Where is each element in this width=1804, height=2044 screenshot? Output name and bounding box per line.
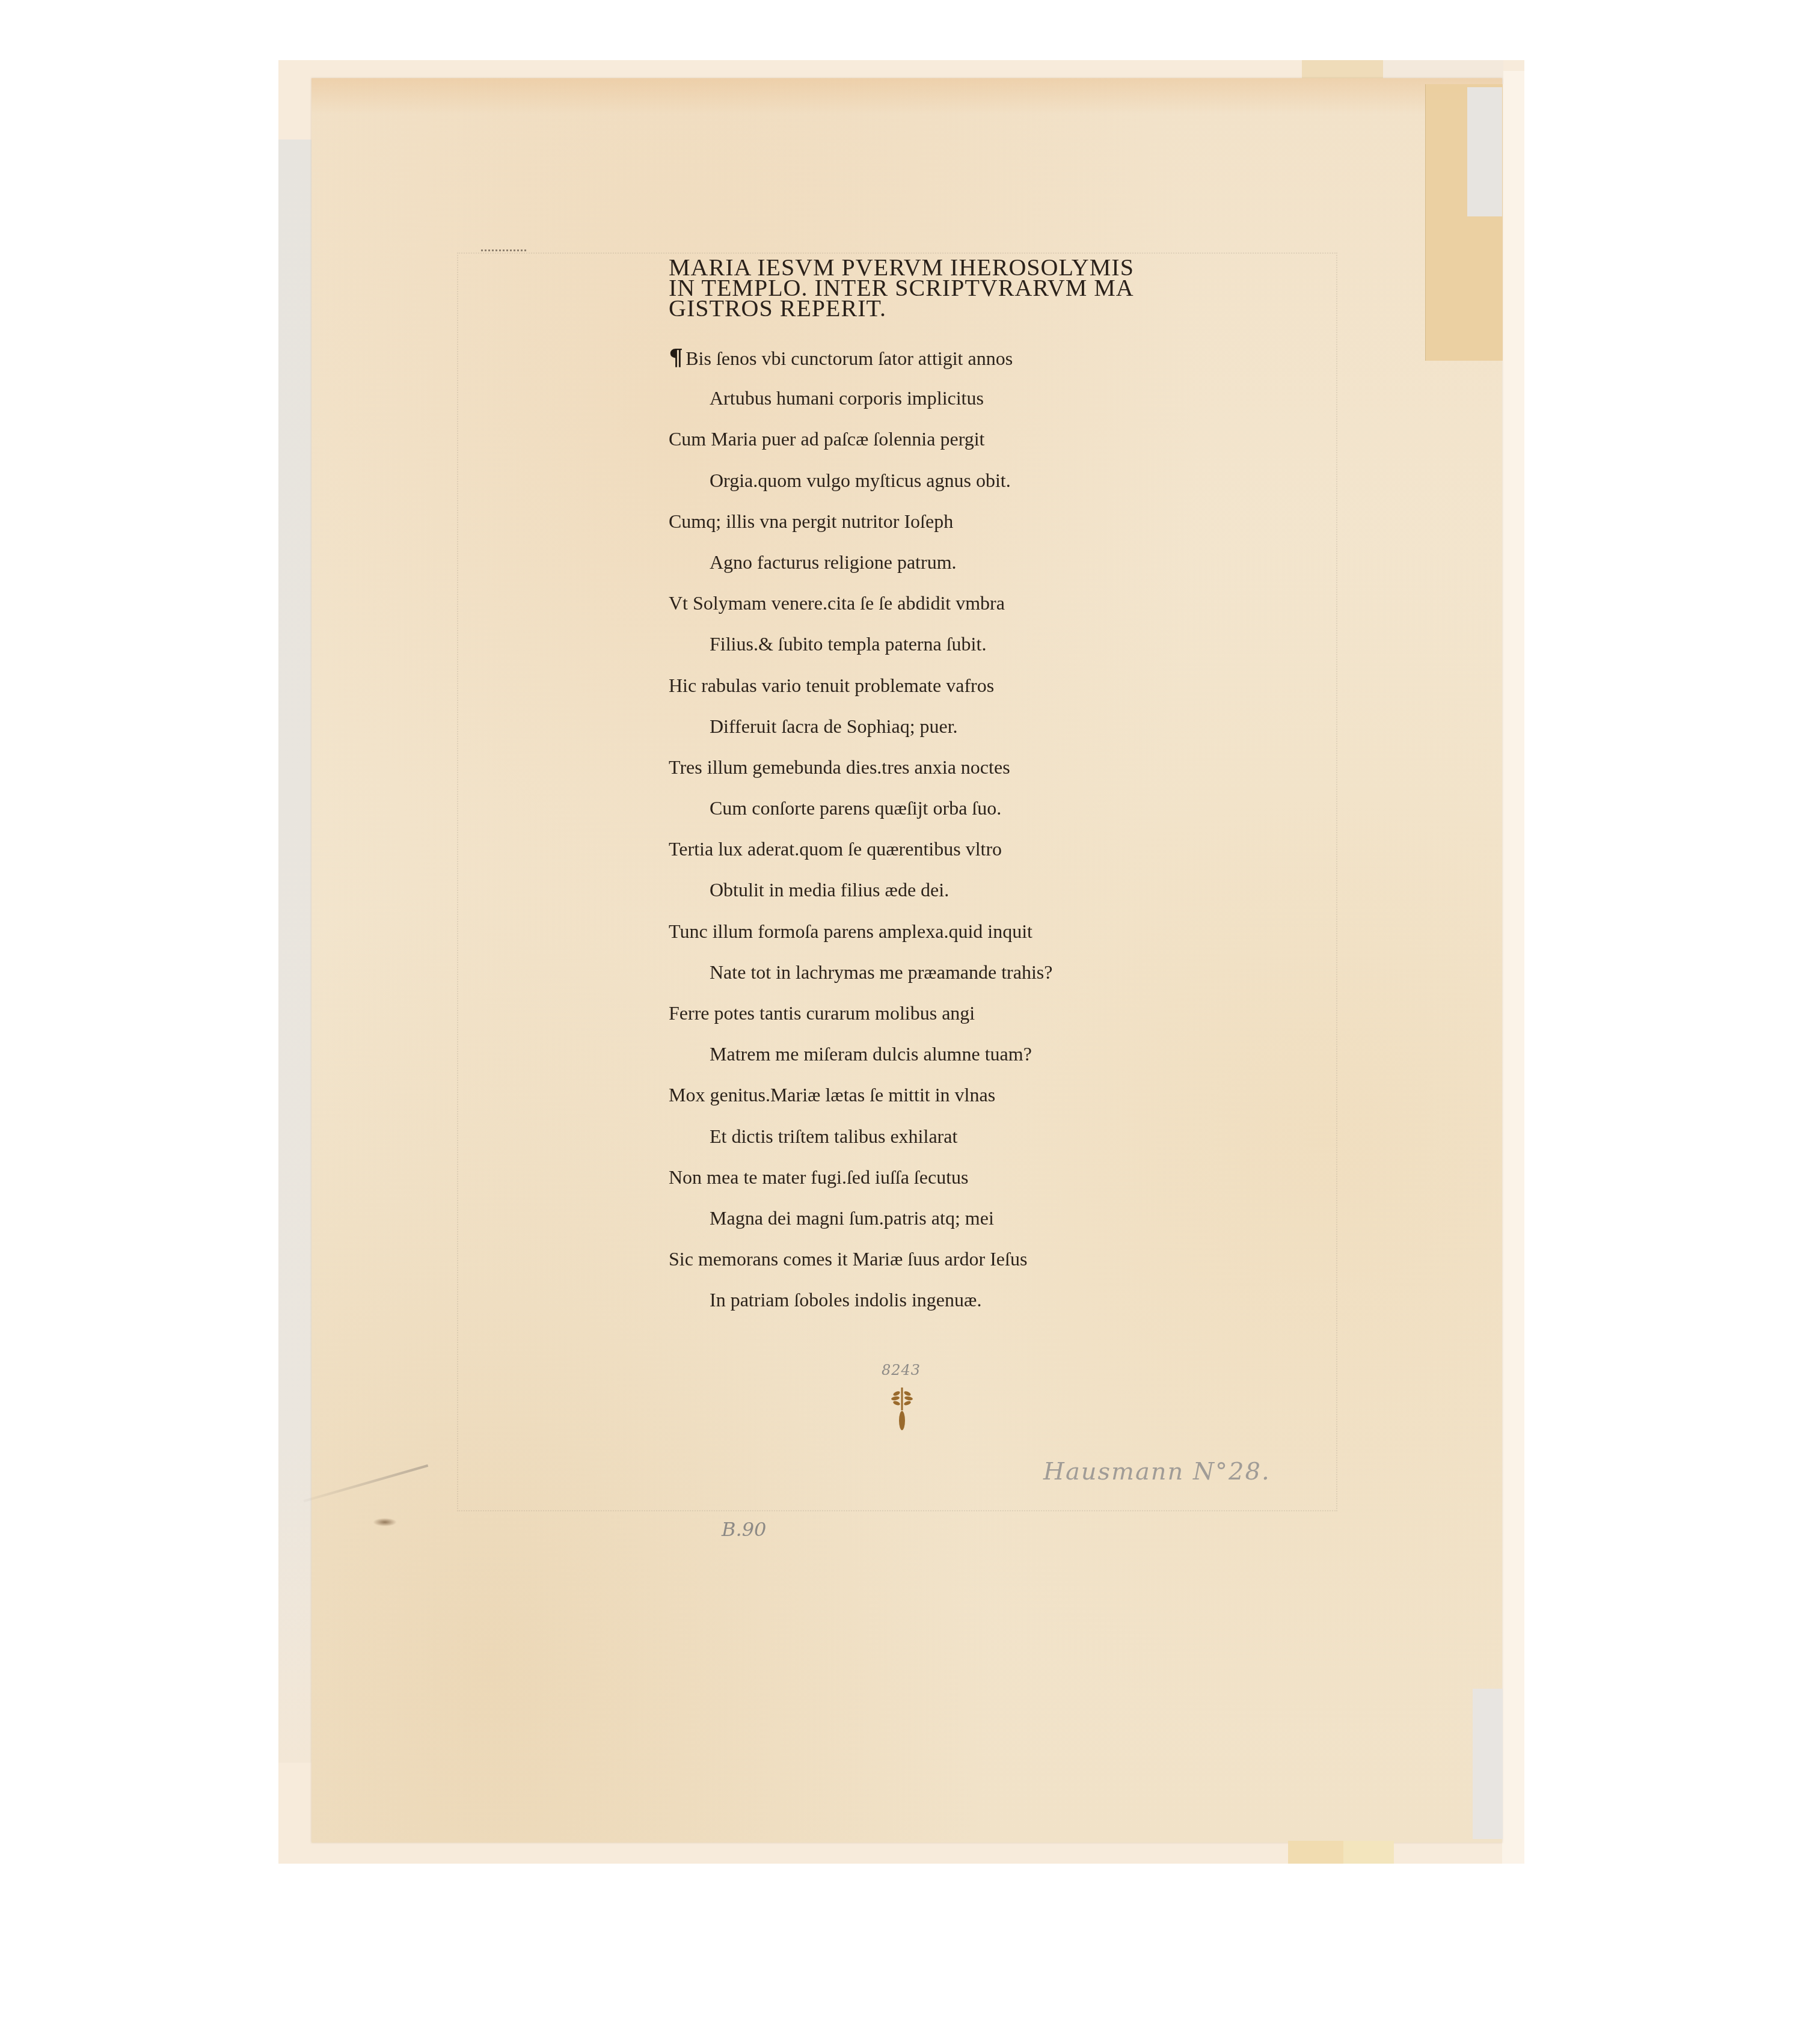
verse-line: Agno facturus religione patrum. [669, 542, 1126, 583]
tape-bottom-strip-a [1288, 1841, 1343, 1864]
tape-bottom-strip-b [1343, 1841, 1394, 1864]
hinge-tape-gray-top [1467, 87, 1502, 216]
page-title: MARIA IESVM PVERVM IHEROSOLYMIS IN TEMPL… [669, 257, 1138, 319]
verse-line: Cum Maria puer ad paſcæ ſolennia pergit [669, 418, 1126, 459]
verse-line: Differuit ſacra de Sophiaq; puer. [669, 706, 1126, 747]
verse-line: Orgia.quom vulgo myſticus agnus obit. [669, 460, 1126, 501]
verse-line: Filius.& ſubito templa paterna ſubit. [669, 623, 1126, 664]
shelf-mark: B.90 [722, 1518, 766, 1541]
verse-line: Matrem me miſeram dulcis alumne tuam? [669, 1033, 1126, 1074]
verse-block: ¶Bis ſenos vbi cunctorum ſator attigit a… [669, 337, 1126, 1321]
verse-line: Non mea te mater fugi.ſed iuſſa ſecutus [669, 1157, 1126, 1198]
collector-mark: Hausmann N°28. [1043, 1458, 1271, 1486]
verse-text: Bis ſenos vbi cunctorum ſator attigit an… [686, 347, 1013, 369]
verse-line: In patriam ſoboles indolis ingenuæ. [669, 1279, 1126, 1320]
verse-line: Hic rabulas vario tenuit problemate vafr… [669, 665, 1126, 706]
mount-left-strip [278, 139, 313, 1763]
verse-line: Artubus humani corporis implicitus [669, 378, 1126, 418]
verse-line: ¶Bis ſenos vbi cunctorum ſator attigit a… [669, 337, 1126, 378]
paragraph-mark-icon: ¶ [669, 343, 683, 370]
verse-line: Ferre potes tantis curarum molibus angi [669, 993, 1126, 1033]
verse-line: Et dictis triſtem talibus exhilarat [669, 1116, 1126, 1157]
inventory-number: 8243 [882, 1362, 921, 1378]
frame-rule-mark [481, 249, 526, 252]
verse-line: Cum conſorte parens quæſijt orba ſuo. [669, 788, 1126, 828]
verse-line: Tunc illum formoſa parens amplexa.quid i… [669, 911, 1126, 952]
paper-foxing-top [311, 78, 1502, 114]
verse-line: Sic memorans comes it Mariæ ſuus ardor I… [669, 1238, 1126, 1279]
verse-line: Cumq; illis vna pergit nutritor Ioſeph [669, 501, 1126, 542]
lily-stamp-icon [890, 1388, 914, 1436]
verse-line: Tres illum gemebunda dies.tres anxia noc… [669, 747, 1126, 788]
verse-line: Tertia lux aderat.quom ſe quærentibus vl… [669, 828, 1126, 869]
verse-line: Mox genitus.Mariæ lætas ſe mittit in vln… [669, 1074, 1126, 1115]
hinge-tape-gray-bottom [1473, 1689, 1503, 1839]
verse-line: Magna dei magni ſum.patris atq; mei [669, 1198, 1126, 1238]
title-line-3: GISTROS REPERIT. [669, 298, 1138, 319]
verse-line: Obtulit in media filius æde dei. [669, 869, 1126, 910]
verse-line: Nate tot in lachrymas me præamande trahi… [669, 952, 1126, 993]
verse-line: Vt Solymam venere.cita ſe ſe abdidit vmb… [669, 583, 1126, 623]
ink-smudge [373, 1518, 397, 1526]
mount-right-strip [1502, 71, 1524, 1864]
